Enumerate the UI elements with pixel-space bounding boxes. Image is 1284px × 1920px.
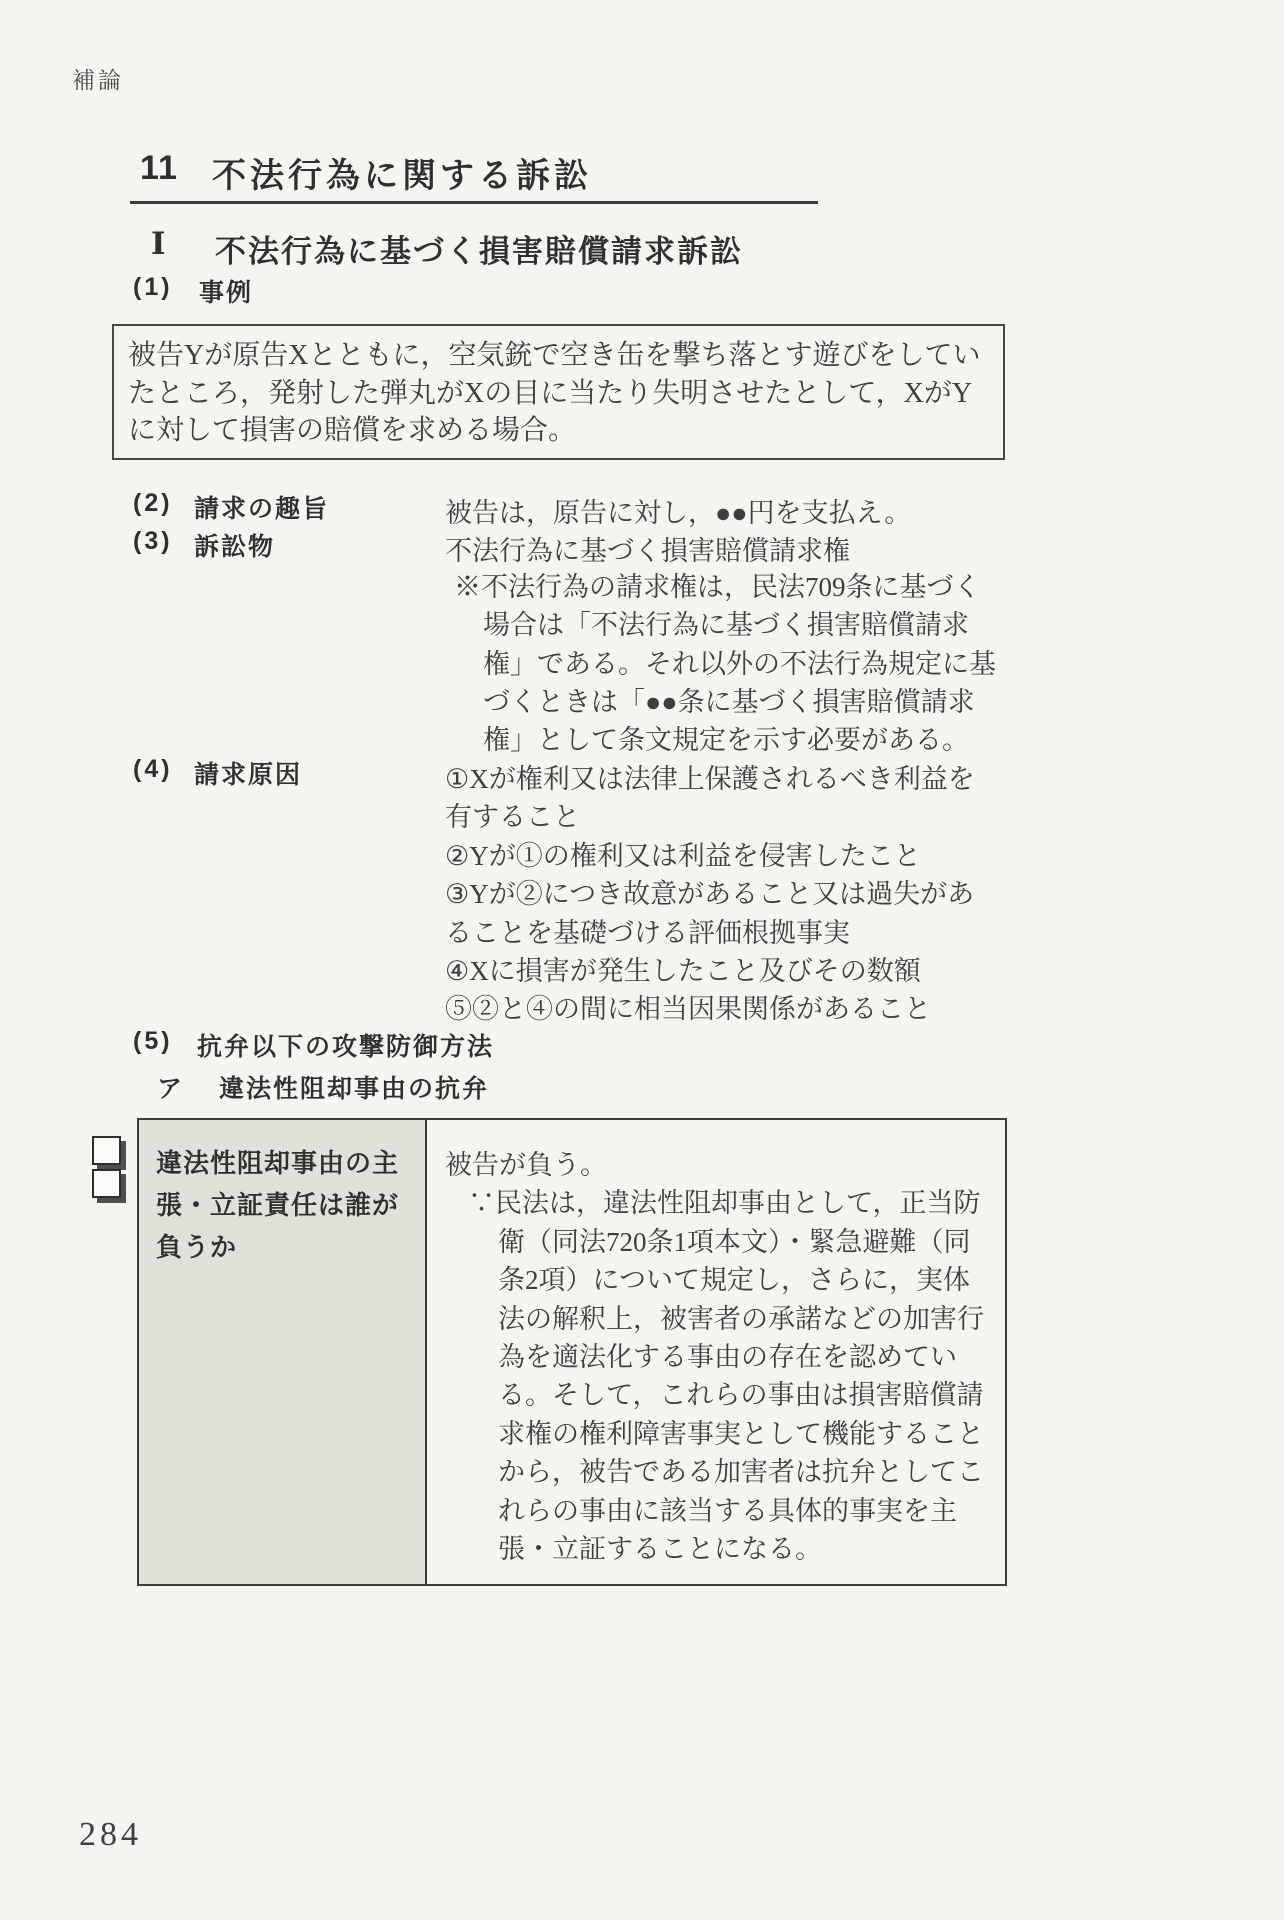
cause-number: (4) — [133, 755, 173, 784]
qa-table: 違法性阻却事由の主 張・立証責任は誰が 負うか 被告が負う。 ∵民法は，違法性阻… — [137, 1118, 1007, 1586]
subject-note-line: 権」である。それ以外の不法行為規定に基 — [483, 642, 996, 681]
defense-sub-label: 違法性阻却事由の抗弁 — [219, 1069, 489, 1105]
chapter-number: 11 — [140, 149, 178, 188]
subject-text: 不法行為に基づく損害賠償請求権 — [445, 529, 850, 568]
answer-line: 求権の権利障害事実として機能すること — [498, 1415, 1005, 1453]
case-line: たところ，発射した弾丸がXの目に当たり失明させたとして，XがY — [128, 375, 1003, 413]
chapter-title: 不法行為に関する訴訟 — [212, 148, 592, 197]
section-title: 不法行為に基づく損害賠償請求訴訟 — [215, 226, 743, 271]
cause-label: 請求原因 — [194, 755, 302, 791]
question-line: 張・立証責任は誰が — [156, 1184, 417, 1226]
answer-line: 法の解釈上，被害者の承諾などの加害行 — [498, 1300, 1005, 1338]
answer-line: 張・立証することになる。 — [498, 1530, 1005, 1568]
cause-line: ③Yが②につき故意があること又は過失があ — [445, 872, 974, 911]
case-line: 被告Yが原告Xとともに，空気銃で空き缶を撃ち落とす遊びをしてい — [128, 337, 1003, 375]
purpose-text: 被告は，原告に対し，●●円を支払え。 — [445, 491, 911, 530]
margin-checkbox-icon — [92, 1136, 121, 1165]
cause-line: ④Xに損害が発生したこと及びその数額 — [445, 949, 921, 988]
case-heading-label: 事例 — [199, 273, 253, 309]
answer-line: 衛（同法720条1項本文）・緊急避難（同 — [498, 1223, 1005, 1261]
defense-number: (5) — [133, 1027, 173, 1056]
chapter-title-underline — [130, 201, 818, 204]
subject-label: 訴訟物 — [194, 527, 275, 563]
subject-number: (3) — [133, 527, 173, 556]
purpose-number: (2) — [133, 489, 173, 518]
case-example-box: 被告Yが原告Xとともに，空気銃で空き缶を撃ち落とす遊びをしてい たところ，発射し… — [112, 324, 1005, 460]
page-number: 284 — [79, 1816, 142, 1854]
question-line: 負うか — [156, 1226, 417, 1268]
cause-line: ⑤②と④の間に相当因果関係があること — [445, 987, 931, 1026]
defense-label: 抗弁以下の攻撃防御方法 — [197, 1027, 494, 1063]
answer-cell: 被告が負う。 ∵民法は，違法性阻却事由として，正当防 衛（同法720条1項本文）… — [427, 1120, 1005, 1584]
margin-label: 補論 — [72, 62, 124, 95]
cause-line: 有すること — [445, 795, 580, 834]
question-cell: 違法性阻却事由の主 張・立証責任は誰が 負うか — [139, 1120, 427, 1584]
cause-line: ①Xが権利又は法律上保護されるべき利益を — [445, 757, 975, 796]
answer-line: 条2項）について規定し，さらに，実体 — [498, 1261, 1005, 1299]
answer-line: 為を適法化する事由の存在を認めてい — [498, 1338, 1005, 1376]
answer-line: 被告が負う。 — [445, 1146, 1005, 1184]
subject-note-line: ※不法行為の請求権は，民法709条に基づく — [454, 565, 981, 604]
subject-note-line: 場合は「不法行為に基づく損害賠償請求 — [483, 603, 969, 642]
cause-line: ることを基礎づける評価根拠事実 — [445, 911, 850, 950]
answer-line: から，被告である加害者は抗弁としてこ — [498, 1453, 1005, 1491]
purpose-label: 請求の趣旨 — [194, 489, 329, 525]
answer-line: ∵民法は，違法性阻却事由として，正当防 — [468, 1184, 1005, 1222]
subject-note-line: 権」として条文規定を示す必要がある。 — [483, 718, 969, 757]
cause-line: ②Yが①の権利又は利益を侵害したこと — [445, 834, 921, 873]
defense-sub-marker: ア — [157, 1069, 184, 1105]
case-line: に対して損害の賠償を求める場合。 — [128, 412, 1003, 450]
section-numeral: Ⅰ — [151, 226, 166, 262]
answer-line: る。そして，これらの事由は損害賠償請 — [498, 1376, 1005, 1414]
subject-note-line: づくときは「●●条に基づく損害賠償請求 — [483, 680, 975, 719]
answer-line: れらの事由に該当する具体的事実を主 — [498, 1492, 1005, 1530]
book-page: { "page": { "margin_label": "補論", "page_… — [0, 0, 1284, 1920]
question-line: 違法性阻却事由の主 — [156, 1142, 417, 1184]
margin-checkbox-icon — [92, 1169, 121, 1198]
case-heading-number: (1) — [133, 273, 173, 302]
